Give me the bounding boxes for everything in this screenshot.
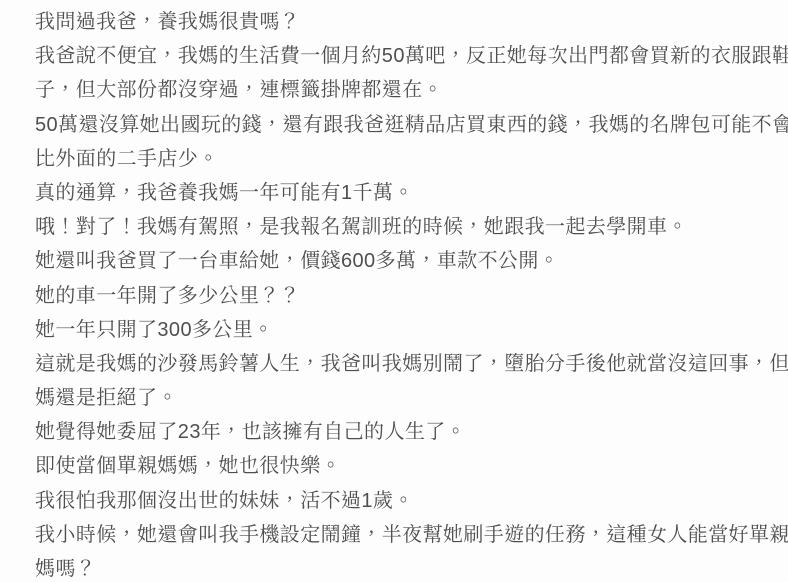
text-line: 子，但大部份都沒穿過，連標籤掛牌都還在。 [35,73,768,107]
text-line: 哦！對了！我媽有駕照，是我報名駕訓班的時候，她跟我一起去學開車。 [35,210,768,244]
text-line: 她覺得她委屈了23年，也該擁有自己的人生了。 [35,415,768,449]
text-line: 她的車一年開了多少公里？？ [35,279,768,313]
text-line: 這就是我媽的沙發馬鈴薯人生，我爸叫我媽別鬧了，墮胎分手後他就當沒這回事，但我 [35,347,768,381]
text-line: 媽嗎？ [35,552,768,582]
text-line: 真的通算，我爸養我媽一年可能有1千萬。 [35,176,768,210]
text-line: 媽還是拒絕了。 [35,381,768,415]
text-line: 我爸說不便宜，我媽的生活費一個月約50萬吧，反正她每次出門都會買新的衣服跟鞋 [35,39,768,73]
text-line: 即使當個單親媽媽，她也很快樂。 [35,449,768,483]
text-line: 比外面的二手店少。 [35,142,768,176]
text-document: 我問過我爸，養我媽很貴嗎？ 我爸說不便宜，我媽的生活費一個月約50萬吧，反正她每… [0,0,788,582]
text-line: 我小時候，她還會叫我手機設定鬧鐘，半夜幫她刷手遊的任務，這種女人能當好單親媽 [35,518,768,552]
text-line: 我很怕我那個沒出世的妹妹，活不過1歲。 [35,484,768,518]
text-line: 50萬還沒算她出國玩的錢，還有跟我爸逛精品店買東西的錢，我媽的名牌包可能不會 [35,108,768,142]
text-line: 我問過我爸，養我媽很貴嗎？ [35,5,768,39]
text-line: 她還叫我爸買了一台車給她，價錢600多萬，車款不公開。 [35,244,768,278]
text-line: 她一年只開了300多公里。 [35,313,768,347]
